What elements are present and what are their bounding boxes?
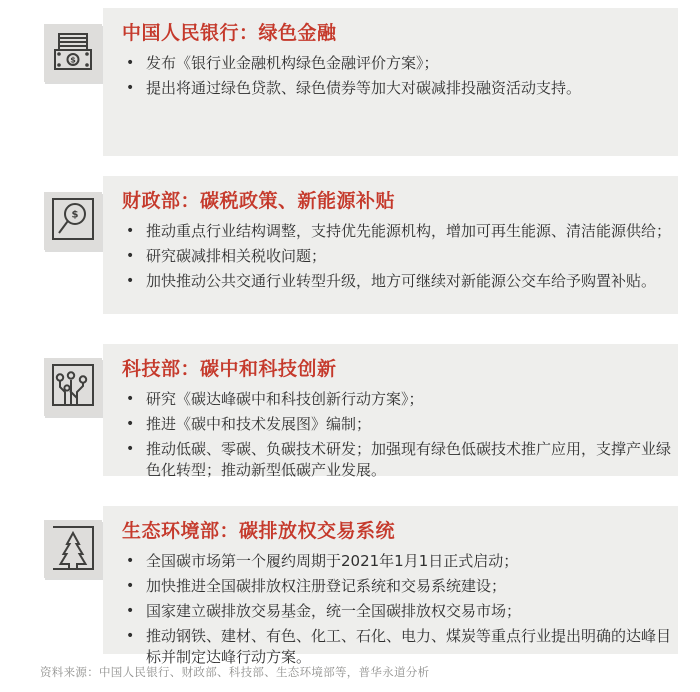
bullet-marker: • [122,389,146,410]
bullet-marker: • [122,53,146,74]
bullet-marker: • [122,78,146,99]
bullet-text: 加快推动公共交通行业转型升级，地方可继续对新能源公交车给予购置补贴。 [146,271,674,292]
list-item: • 加快推进全国碳排放权注册登记系统和交易系统建设； [122,576,674,597]
bullet-marker: • [122,576,146,597]
bullet-text: 全国碳市场第一个履约周期于2021年1月1日正式启动； [146,551,674,572]
bullet-marker: • [122,601,146,622]
list-item: • 研究碳减排相关税收问题； [122,246,674,267]
bullet-marker: • [122,626,146,647]
section-most-title: 科技部：碳中和科技创新 [122,357,674,381]
svg-text:$: $ [70,56,76,65]
bullet-text: 研究碳减排相关税收问题； [146,246,674,267]
section-mof-title: 财政部：碳税政策、新能源补贴 [122,189,674,213]
section-mof: 财政部：碳税政策、新能源补贴 • 推动重点行业结构调整，支持优先能源机构，增加可… [103,176,678,314]
circuit-icon [44,358,102,416]
bullet-marker: • [122,414,146,435]
magnifier-dollar-icon: $ [44,192,102,250]
section-mee-title: 生态环境部：碳排放权交易系统 [122,519,674,543]
bullet-text: 推动低碳、零碳、负碳技术研发；加强现有绿色低碳技术推广应用，支撑产业绿色化转型；… [146,439,674,481]
list-item: • 推动低碳、零碳、负碳技术研发；加强现有绿色低碳技术推广应用，支撑产业绿色化转… [122,439,674,481]
bullet-text: 提出将通过绿色贷款、绿色债券等加大对碳减排投融资活动支持。 [146,78,674,99]
bullet-marker: • [122,221,146,242]
section-pboc-title: 中国人民银行：绿色金融 [122,21,674,45]
bullet-marker: • [122,439,146,460]
report-page: $ 中国人民银行：绿色金融 • 发布《银行业金融机构绿色金融评价方案》； • 提… [0,0,700,692]
list-item: • 发布《银行业金融机构绿色金融评价方案》； [122,53,674,74]
list-item: • 推进《碳中和技术发展图》编制； [122,414,674,435]
list-item: • 国家建立碳排放交易基金，统一全国碳排放权交易市场； [122,601,674,622]
bullet-text: 国家建立碳排放交易基金，统一全国碳排放权交易市场； [146,601,674,622]
bullet-marker: • [122,246,146,267]
bullet-marker: • [122,271,146,292]
list-item: • 研究《碳达峰碳中和科技创新行动方案》； [122,389,674,410]
section-mee: 生态环境部：碳排放权交易系统 • 全国碳市场第一个履约周期于2021年1月1日正… [103,506,678,654]
list-item: • 提出将通过绿色贷款、绿色债券等加大对碳减排投融资活动支持。 [122,78,674,99]
bullet-text: 推动钢铁、建材、有色、化工、石化、电力、煤炭等重点行业提出明确的达峰目标并制定达… [146,626,674,668]
pine-tree-icon [44,520,102,578]
bullet-text: 推进《碳中和技术发展图》编制； [146,414,674,435]
bullet-text: 推动重点行业结构调整，支持优先能源机构，增加可再生能源、清洁能源供给； [146,221,674,242]
list-item: • 全国碳市场第一个履约周期于2021年1月1日正式启动； [122,551,674,572]
section-most: 科技部：碳中和科技创新 • 研究《碳达峰碳中和科技创新行动方案》； • 推进《碳… [103,344,678,476]
list-item: • 推动重点行业结构调整，支持优先能源机构，增加可再生能源、清洁能源供给； [122,221,674,242]
list-item: • 加快推动公共交通行业转型升级，地方可继续对新能源公交车给予购置补贴。 [122,271,674,292]
section-pboc: 中国人民银行：绿色金融 • 发布《银行业金融机构绿色金融评价方案》； • 提出将… [103,8,678,156]
banknotes-icon: $ [44,24,102,82]
bullet-text: 研究《碳达峰碳中和科技创新行动方案》； [146,389,674,410]
bullet-text: 发布《银行业金融机构绿色金融评价方案》； [146,53,674,74]
list-item: • 推动钢铁、建材、有色、化工、石化、电力、煤炭等重点行业提出明确的达峰目标并制… [122,626,674,668]
bullet-marker: • [122,551,146,572]
bullet-text: 加快推进全国碳排放权注册登记系统和交易系统建设； [146,576,674,597]
source-note: 资料来源：中国人民银行、财政部、科技部、生态环境部等，普华永道分析 [40,664,429,680]
svg-text:$: $ [72,210,79,221]
